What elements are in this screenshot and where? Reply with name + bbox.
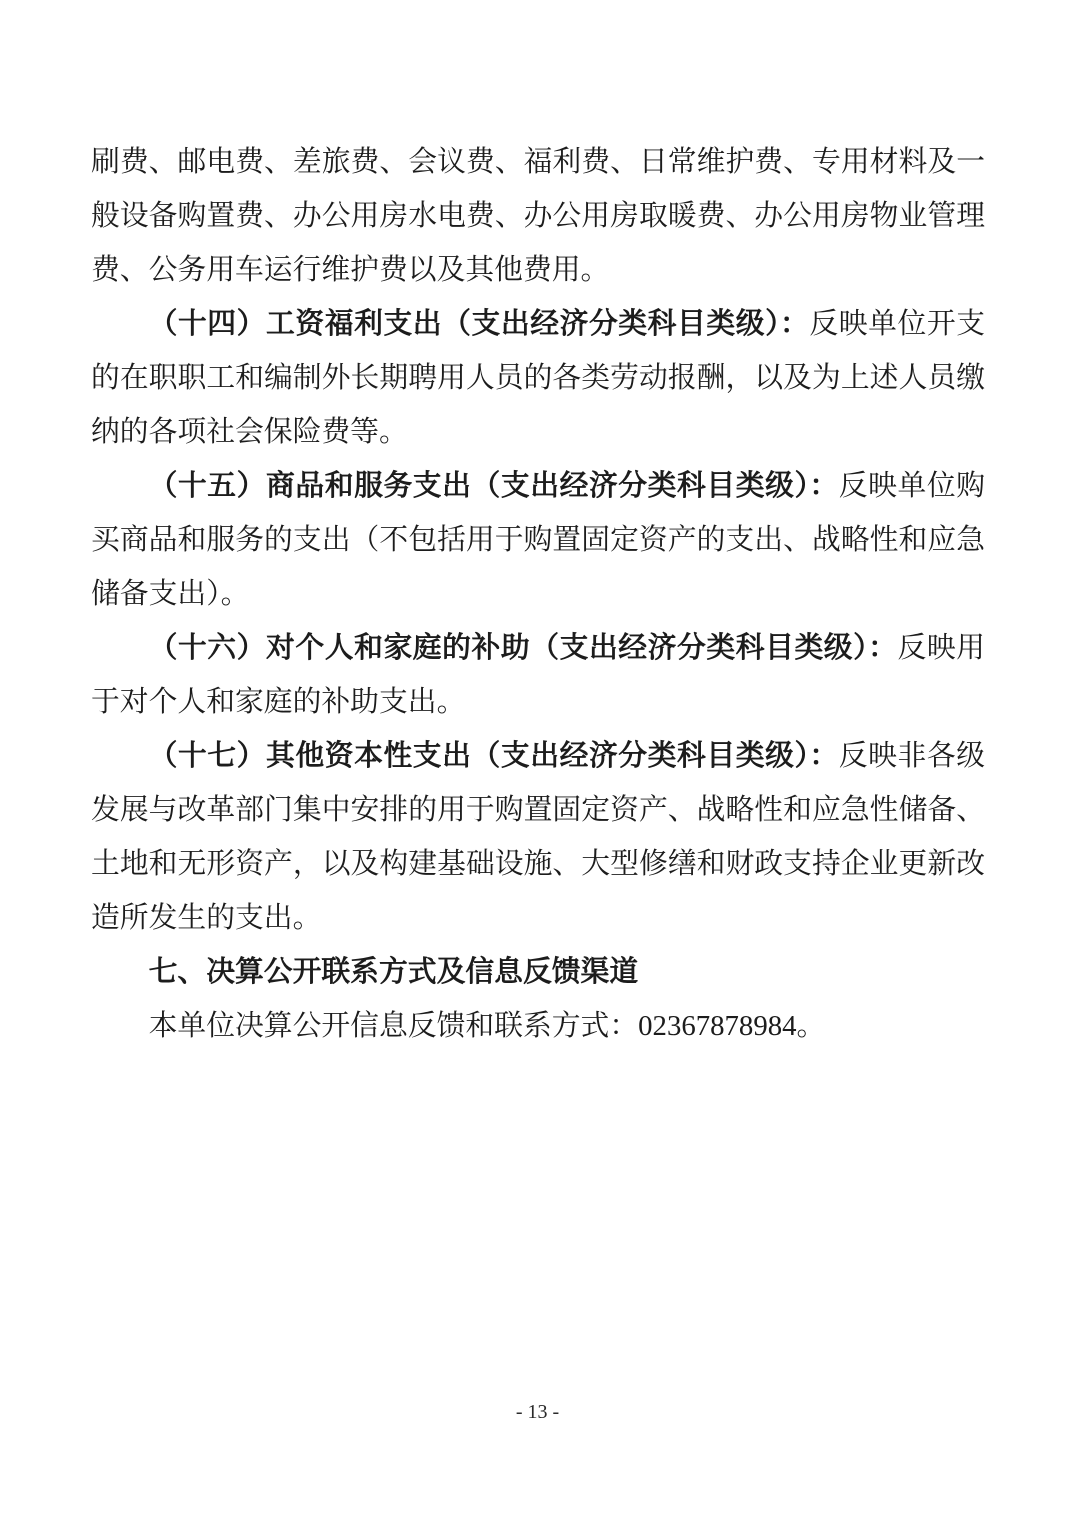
document-body: 刷费、邮电费、差旅费、会议费、福利费、日常维护费、专用材料及一般设备购置费、办公…	[91, 135, 985, 1053]
paragraph: （十四）工资福利支出（支出经济分类科目类级）：反映单位开支的在职职工和编制外长期…	[91, 297, 985, 459]
page-number: - 13 -	[516, 1401, 559, 1423]
paragraph: 本单位决算公开信息反馈和联系方式：02367878984。	[91, 999, 985, 1053]
paragraph-lead-text: （十五）商品和服务支出（支出经济分类科目类级）：	[149, 470, 839, 502]
paragraph-lead-text: （十七）其他资本性支出（支出经济分类科目类级）：	[149, 740, 839, 772]
section-heading: 七、决算公开联系方式及信息反馈渠道	[91, 945, 985, 999]
paragraph: （十六）对个人和家庭的补助（支出经济分类科目类级）：反映用于对个人和家庭的补助支…	[91, 621, 985, 729]
paragraph: 刷费、邮电费、差旅费、会议费、福利费、日常维护费、专用材料及一般设备购置费、办公…	[91, 135, 985, 297]
paragraph-lead-text: 七、决算公开联系方式及信息反馈渠道	[149, 956, 639, 988]
paragraph-text: 刷费、邮电费、差旅费、会议费、福利费、日常维护费、专用材料及一般设备购置费、办公…	[91, 146, 985, 286]
page-footer: - 13 -	[0, 1398, 1075, 1426]
paragraph-lead-text: （十六）对个人和家庭的补助（支出经济分类科目类级）：	[149, 632, 898, 664]
paragraph-text: 本单位决算公开信息反馈和联系方式：02367878984。	[149, 1010, 826, 1042]
document-page: 刷费、邮电费、差旅费、会议费、福利费、日常维护费、专用材料及一般设备购置费、办公…	[0, 0, 1075, 1520]
paragraph: （十五）商品和服务支出（支出经济分类科目类级）：反映单位购买商品和服务的支出（不…	[91, 459, 985, 621]
paragraph: （十七）其他资本性支出（支出经济分类科目类级）：反映非各级发展与改革部门集中安排…	[91, 729, 985, 945]
paragraph-lead-text: （十四）工资福利支出（支出经济分类科目类级）：	[149, 308, 810, 340]
